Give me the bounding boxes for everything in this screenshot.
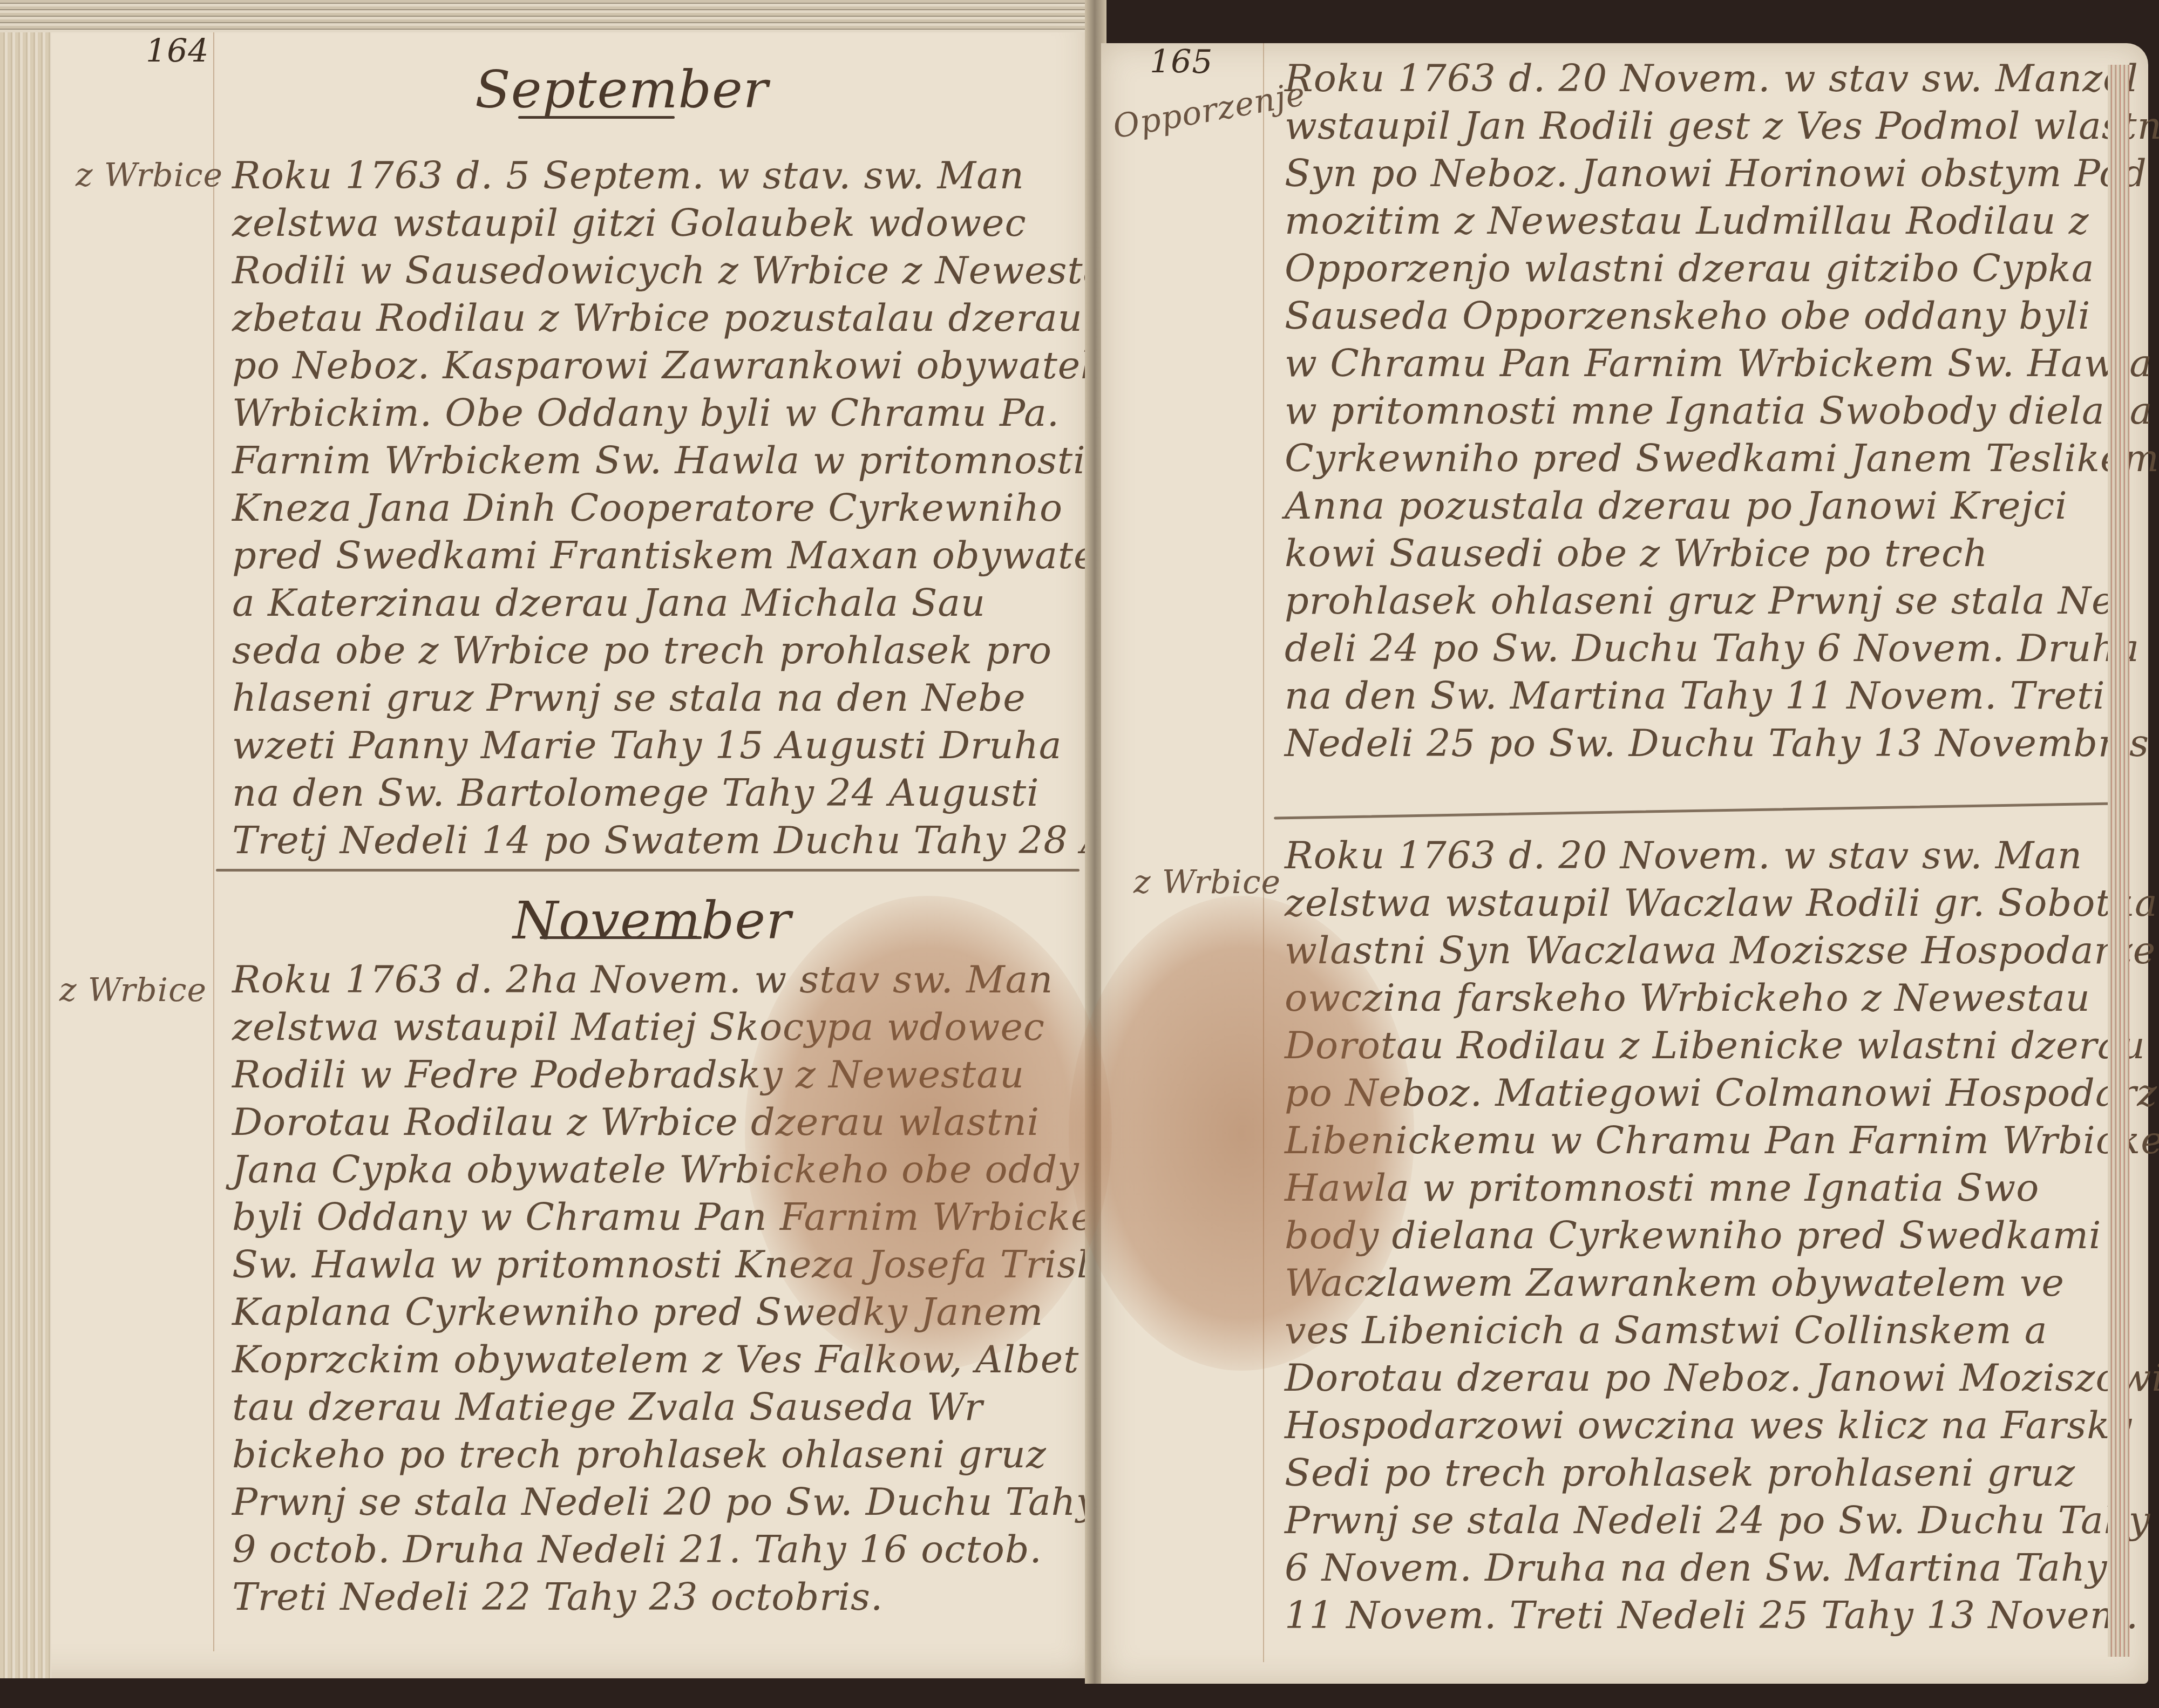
- entry-divider: [1274, 802, 2116, 819]
- manuscript-line: ves Libenicich a Samstwi Collinskem a: [1285, 1311, 2048, 1349]
- page-edges-top: [0, 0, 1090, 32]
- manuscript-line: Treti Nedeli 22 Tahy 23 octobris.: [232, 1578, 883, 1616]
- water-stain-left: [745, 896, 1112, 1371]
- manuscript-line: Sedi po trech prohlasek prohlaseni gruz: [1285, 1454, 2075, 1492]
- left-page: 164 September z Wrbice Roku 1763 d. 5 Se…: [0, 0, 1090, 1678]
- manuscript-line: Rodili w Sausedowicych z Wrbice z Newest…: [232, 251, 1184, 289]
- manuscript-line: Kneza Jana Dinh Cooperatore Cyrkewniho: [232, 489, 1063, 527]
- manuscript-line: wstaupil Jan Rodili gest z Ves Podmol wl…: [1285, 107, 2159, 145]
- manuscript-line: Dorotau Rodilau z Libenicke wlastni dzer…: [1285, 1026, 2146, 1064]
- manuscript-line: body dielana Cyrkewniho pred Swedkami: [1285, 1216, 2101, 1254]
- manuscript-line: owczina farskeho Wrbickeho z Newestau: [1285, 979, 2090, 1017]
- page-edges-left: [0, 0, 51, 1678]
- page-edges-right: [2108, 65, 2129, 1657]
- manuscript-line: zbetau Rodilau z Wrbice pozustalau dzera…: [232, 299, 1083, 337]
- manuscript-line: Libenickemu w Chramu Pan Farnim Wrbickem…: [1285, 1121, 2159, 1159]
- entry-divider: [216, 869, 1079, 872]
- manuscript-line: na den Sw. Bartolomege Tahy 24 Augusti: [232, 774, 1040, 812]
- manuscript-line: Farnim Wrbickem Sw. Hawla w pritomnosti: [232, 441, 1086, 479]
- manuscript-line: Tretj Nedeli 14 po Swatem Duchu Tahy 28 …: [232, 821, 1216, 859]
- manuscript-line: kowi Sausedi obe z Wrbice po trech: [1285, 534, 1988, 572]
- manuscript-line: Roku 1763 d. 20 Novem. w stav sw. Man: [1285, 836, 2082, 874]
- manuscript-line: wzeti Panny Marie Tahy 15 Augusti Druha: [232, 726, 1062, 764]
- manuscript-line: 6 Novem. Druha na den Sw. Martina Tahy: [1285, 1549, 2108, 1587]
- manuscript-line: 9 octob. Druha Nedeli 21. Tahy 16 octob.: [232, 1530, 1042, 1568]
- manuscript-line: tau dzerau Matiege Zvala Sauseda Wr: [232, 1388, 983, 1426]
- manuscript-line: Waczlawem Zawrankem obywatelem ve: [1285, 1264, 2065, 1302]
- manuscript-line: Wrbickim. Obe Oddany byli w Chramu Pa.: [232, 394, 1060, 432]
- manuscript-line: Prwnj se stala Nedeli 20 po Sw. Duchu Ta…: [232, 1483, 1098, 1521]
- margin-note-4: z Wrbice: [1133, 863, 1281, 901]
- margin-rule-left: [213, 32, 214, 1651]
- manuscript-line: Opporzenjo wlastni dzerau gitzibo Cypka: [1285, 249, 2094, 287]
- manuscript-line: pred Swedkami Frantiskem Maxan obywatele…: [232, 536, 1169, 574]
- margin-note-3: Opporzenje: [1110, 75, 1308, 146]
- manuscript-line: zelstwa wstaupil gitzi Golaubek wdowec: [232, 204, 1027, 242]
- manuscript-line: wlastni Syn Waczlawa Moziszse Hospodarze: [1285, 931, 2156, 969]
- manuscript-line: w Chramu Pan Farnim Wrbickem Sw. Hawla: [1285, 344, 2153, 382]
- water-stain-right: [1069, 896, 1414, 1371]
- margin-rule-right: [1263, 43, 1264, 1662]
- heading-november: November: [513, 890, 791, 951]
- manuscript-line: zelstwa wstaupil Waczlaw Rodili gr. Sobo…: [1285, 884, 2158, 922]
- right-page: 165 Opporzenje Roku 1763 d. 20 Novem. w …: [1101, 43, 2148, 1684]
- manuscript-line: hlaseni gruz Prwnj se stala na den Nebe: [232, 679, 1026, 717]
- manuscript-line: na den Sw. Martina Tahy 11 Novem. Treti: [1285, 677, 2106, 714]
- manuscript-line: Nedeli 25 po Sw. Duchu Tahy 13 Novembris: [1285, 724, 2149, 762]
- manuscript-line: prohlasek ohlaseni gruz Prwnj se stala N…: [1285, 582, 2115, 620]
- page-number-left: 164: [146, 32, 209, 70]
- manuscript-line: deli 24 po Sw. Duchu Tahy 6 Novem. Druha: [1285, 629, 2140, 667]
- manuscript-line: Roku 1763 d. 20 Novem. w stav sw. Manzel: [1285, 59, 2138, 97]
- manuscript-line: mozitim z Newestau Ludmillau Rodilau z: [1285, 202, 2089, 240]
- heading-underline: [518, 116, 675, 119]
- manuscript-line: Sauseda Opporzenskeho obe oddany byli: [1285, 297, 2090, 335]
- manuscript-line: bickeho po trech prohlasek ohlaseni gruz: [232, 1435, 1047, 1473]
- open-register-book: 164 September z Wrbice Roku 1763 d. 5 Se…: [0, 0, 2159, 1708]
- page-number-right: 165: [1150, 43, 1213, 81]
- heading-september: September: [475, 59, 769, 120]
- heading-underline: [540, 936, 702, 939]
- manuscript-line: w pritomnosti mne Ignatia Swobody dielan…: [1285, 392, 2153, 430]
- manuscript-line: po Neboz. Kasparowi Zawrankowi obywatelo…: [232, 346, 1162, 384]
- manuscript-line: Prwnj se stala Nedeli 24 po Sw. Duchu Ta…: [1285, 1501, 2150, 1539]
- manuscript-line: po Neboz. Matiegowi Colmanowi Hospodarzo…: [1285, 1074, 2159, 1112]
- manuscript-line: Hospodarzowi owczina wes klicz na Farsky: [1285, 1406, 2132, 1444]
- manuscript-line: Dorotau dzerau po Neboz. Janowi Moziszow…: [1285, 1359, 2159, 1397]
- manuscript-line: a Katerzinau dzerau Jana Michala Sau: [232, 584, 986, 622]
- manuscript-line: Roku 1763 d. 5 Septem. w stav. sw. Man: [232, 156, 1024, 194]
- margin-note-2: z Wrbice: [59, 971, 207, 1009]
- manuscript-line: Syn po Neboz. Janowi Horinowi obstym Pod: [1285, 154, 2147, 192]
- manuscript-line: seda obe z Wrbice po trech prohlasek pro: [232, 631, 1052, 669]
- manuscript-line: 11 Novem. Treti Nedeli 25 Tahy 13 Novem.: [1285, 1596, 2138, 1634]
- manuscript-line: Anna pozustala dzerau po Janowi Krejci: [1285, 487, 2068, 525]
- margin-note-1: z Wrbice: [76, 156, 223, 194]
- manuscript-line: Cyrkewniho pred Swedkami Janem Teslikem: [1285, 439, 2159, 477]
